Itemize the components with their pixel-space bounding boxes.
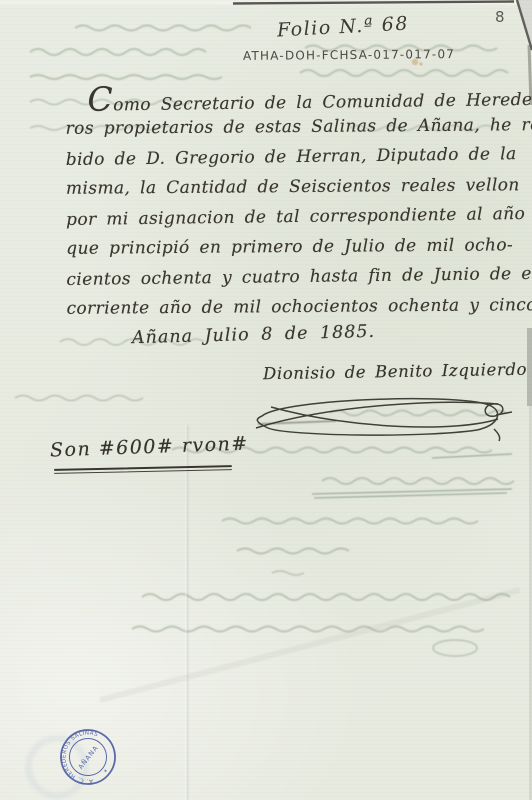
manuscript-line: por mi asignacion de tal correspondiente… xyxy=(66,199,526,235)
amount-line: Son #600# rvon# xyxy=(50,433,249,462)
signature-flourish xyxy=(246,385,514,443)
manuscript-line: Como Secretario de la Comunidad de Hered… xyxy=(65,79,525,115)
manuscript-line: ros propietarios de estas Salinas de Aña… xyxy=(65,110,525,144)
manuscript-body: Como Secretario de la Comunidad de Hered… xyxy=(65,81,526,323)
page-number: 8 xyxy=(495,8,505,26)
manuscript-line: misma, la Cantidad de Seiscientos reales… xyxy=(66,170,526,204)
stamp-center-text: AÑANA xyxy=(76,743,100,771)
archival-reference-code: ATHA-DOH-FCHSA-017-017-07 xyxy=(243,47,455,63)
heirs-community-stamp: A. C. HEREDEROS SALINAS AÑANA ✶ xyxy=(53,722,123,792)
folio-heading: Folio N.ª 68 xyxy=(238,11,449,44)
dateline: Añana Julio 8 de 1885. xyxy=(132,322,376,348)
manuscript-line: corriente año de mil ochocientos ochenta… xyxy=(66,290,526,324)
manuscript-line: cientos ochenta y cuatro hasta fin de Ju… xyxy=(66,259,526,295)
manuscript-line: bido de D. Gregorio de Herran, Diputado … xyxy=(66,139,526,175)
manuscript-line: que principió en primero de Julio de mil… xyxy=(66,230,526,264)
scanned-document: 8 Folio N.ª 68 ATHA-DOH-FCHSA-017-017-07… xyxy=(0,0,532,800)
signature-name: Dionisio de Benito Izquierdo xyxy=(263,360,527,384)
amount-underline xyxy=(54,465,232,475)
